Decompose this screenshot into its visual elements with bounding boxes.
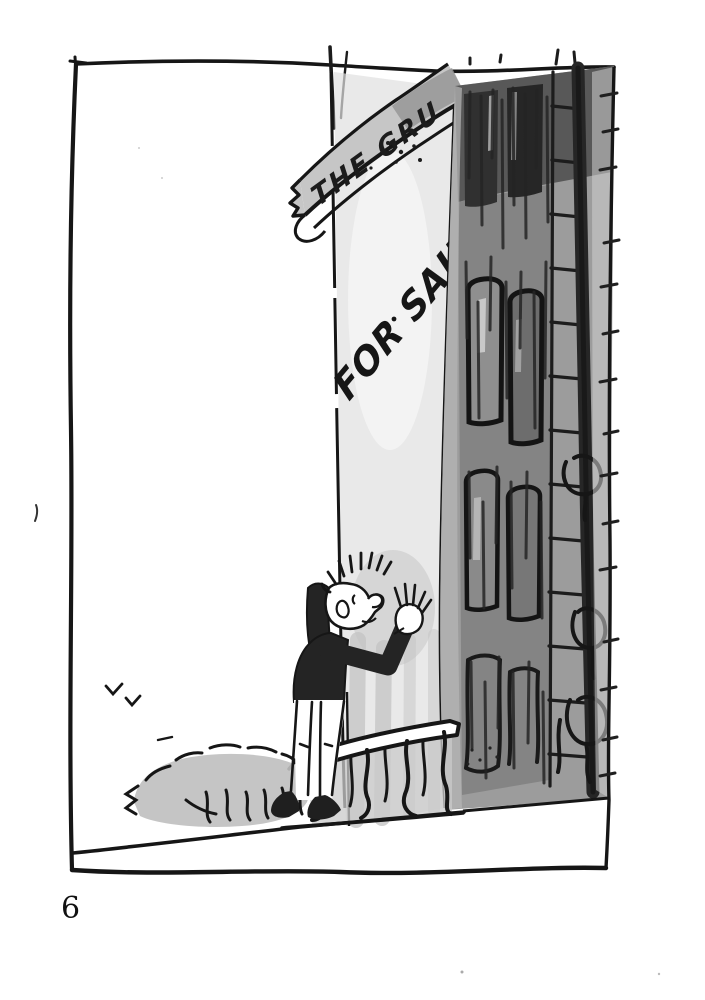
book-page: FOR SAIL THE GRU [0, 0, 705, 1000]
ink-speck [392, 317, 397, 322]
page-number: 6 [61, 891, 80, 926]
dark-facade [440, 66, 619, 868]
boy-ear [337, 601, 349, 618]
torn-flap [295, 215, 325, 241]
birds [106, 684, 172, 740]
boy-legs [271, 700, 346, 820]
illustration: FOR SAIL THE GRU [0, 0, 705, 1000]
